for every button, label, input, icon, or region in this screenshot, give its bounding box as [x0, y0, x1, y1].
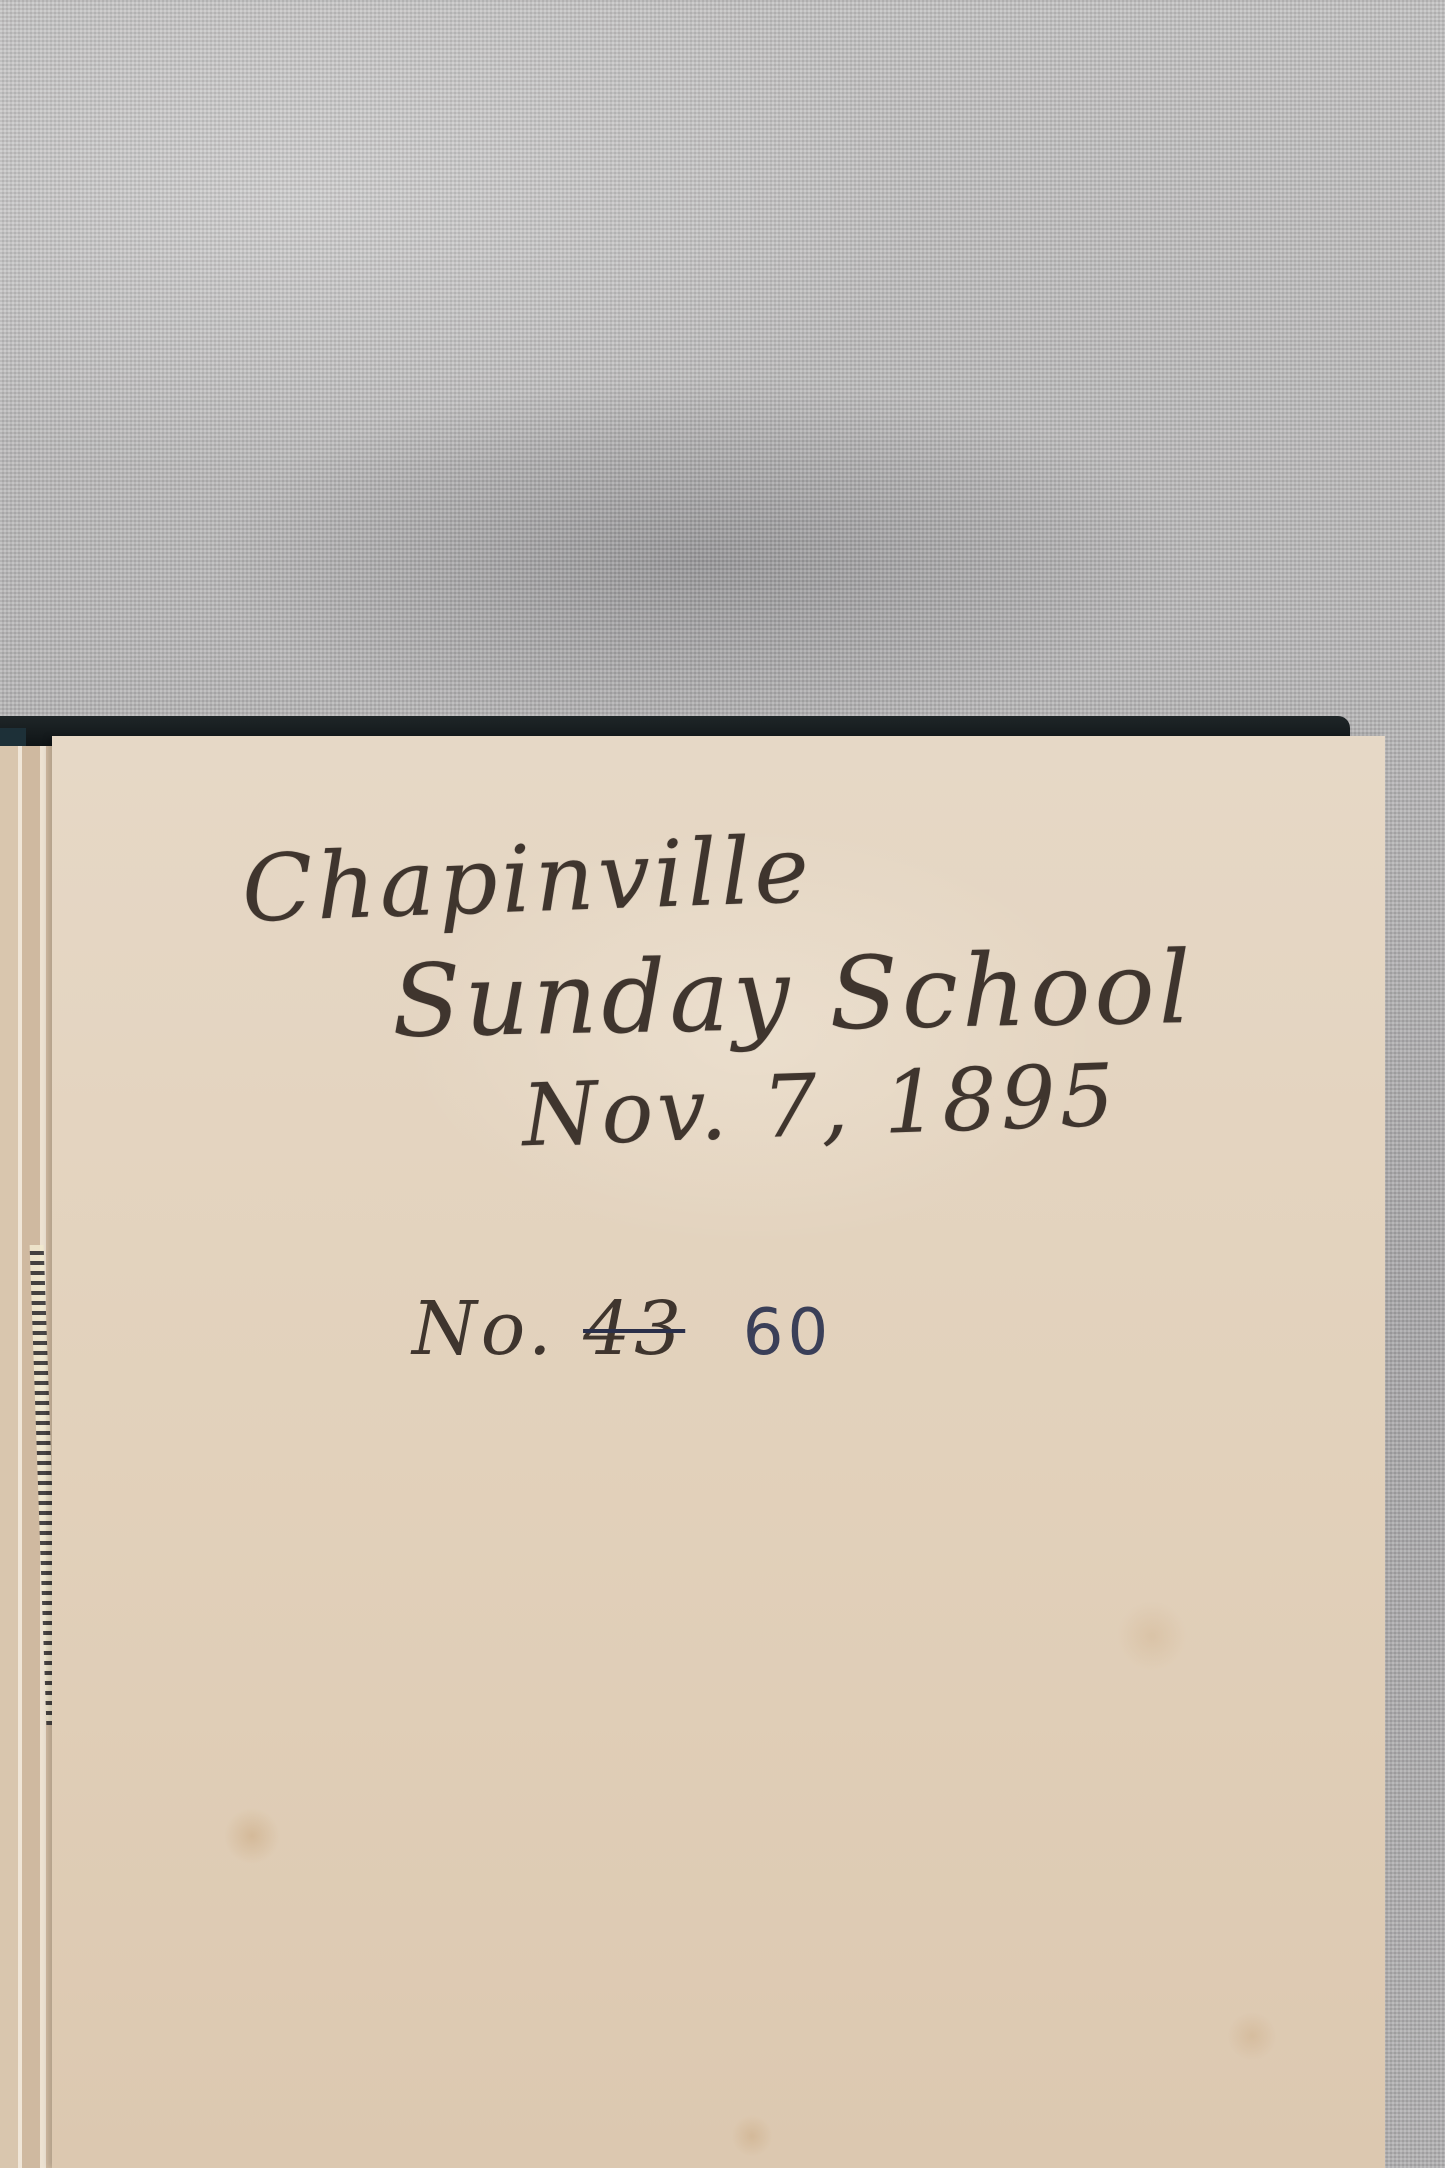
number-struck-out: 43 [583, 1286, 685, 1372]
handwritten-inscription: Chapinville Sunday School Nov. 7, 1895 N… [52, 736, 1385, 1436]
inscription-line-school: Sunday School [391, 929, 1195, 1060]
number-prefix: No. [412, 1286, 556, 1372]
inscription-line-date: Nov. 7, 1895 [520, 1046, 1119, 1167]
inscription-book-number: No. 43 60 [412, 1286, 832, 1372]
inscription-line-place: Chapinville [240, 816, 814, 943]
number-corrected: 60 [743, 1296, 832, 1370]
